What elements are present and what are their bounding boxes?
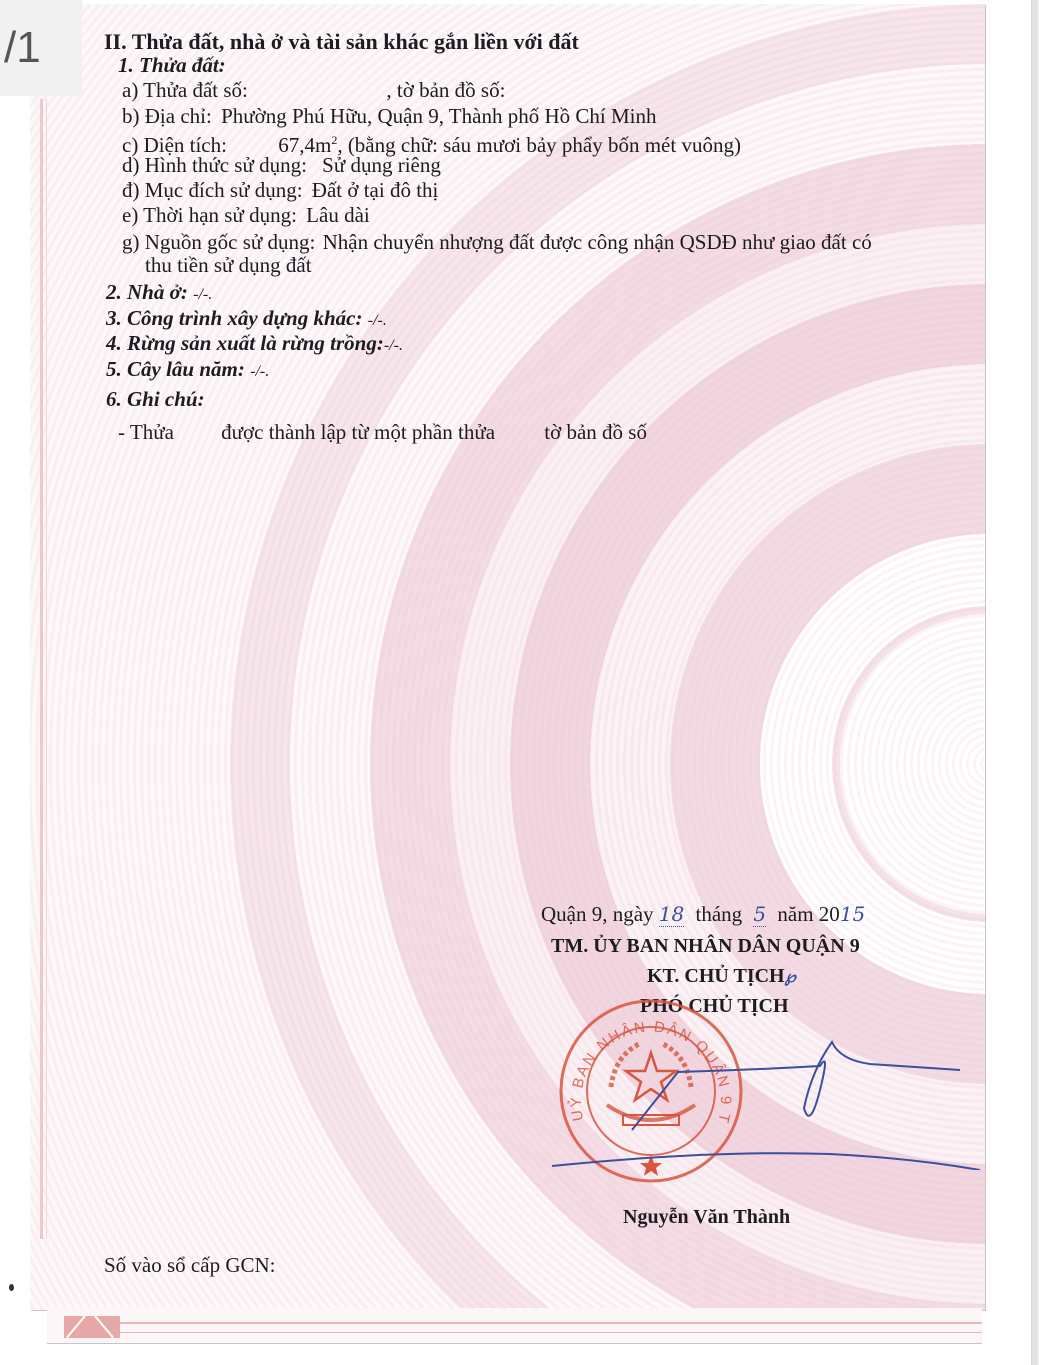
page-indicator: /1: [0, 0, 82, 96]
signer-name: Nguyễn Văn Thành: [623, 1205, 790, 1229]
signature-icon: [550, 1030, 980, 1170]
registry-row: Số vào sổ cấp GCN:: [104, 1253, 276, 1277]
usage-purpose-label: đ) Mục đích sử dụng:: [122, 178, 303, 202]
underlying-sheet: [47, 1308, 982, 1344]
notes-part3: tờ bản đồ số: [544, 420, 647, 444]
perennial-trees-value: -/-.: [250, 363, 269, 380]
address-value: Phường Phú Hữu, Quận 9, Thành phố Hồ Chí…: [221, 104, 656, 128]
handwritten-month: 5: [753, 902, 766, 927]
year-label: năm 20: [777, 902, 839, 926]
land-heading: 1. Thửa đất:: [118, 53, 226, 77]
parcel-number-label: a) Thửa đất số:: [122, 78, 248, 102]
issuing-authority: TM. ỦY BAN NHÂN DÂN QUẬN 9: [551, 934, 860, 958]
role-line-1: KT. CHỦ TỊCH℘: [647, 964, 796, 989]
parcel-number-row: a) Thửa đất số: , tờ bản đồ số:: [122, 78, 505, 102]
handwritten-year: 15: [840, 902, 865, 926]
place-date-prefix: Quận 9, ngày: [541, 902, 654, 926]
map-sheet-label: , tờ bản đồ số:: [386, 78, 505, 102]
notes-heading: 6. Ghi chú:: [106, 387, 205, 411]
usage-origin-row: g) Nguồn gốc sử dụng: Nhận chuyển nhượng…: [122, 230, 872, 254]
usage-purpose-row: đ) Mục đích sử dụng: Đất ở tại đô thị: [122, 178, 438, 202]
margin-rule: [46, 99, 47, 1239]
other-construction-value: -/-.: [368, 312, 387, 329]
usage-origin-value: Nhận chuyển nhượng đất được công nhận QS…: [323, 230, 872, 254]
section-title: II. Thửa đất, nhà ở và tài sản khác gắn …: [104, 30, 579, 54]
handwritten-day: 18: [659, 902, 684, 927]
planted-forest-row: 4. Rừng sản xuất là rừng trồng:-/-.: [106, 331, 403, 358]
usage-origin-continued: thu tiền sử dụng đất: [145, 253, 312, 277]
house-value: -/-.: [193, 286, 212, 303]
scrollbar-thumb[interactable]: [1032, 0, 1038, 1365]
registry-label: Số vào sổ cấp GCN:: [104, 1253, 276, 1277]
usage-origin-label: g) Nguồn gốc sử dụng:: [122, 230, 315, 254]
usage-purpose-value: Đất ở tại đô thị: [312, 178, 439, 202]
perennial-trees-row: 5. Cây lâu năm: -/-.: [106, 357, 269, 384]
address-label: b) Địa chỉ:: [122, 104, 212, 128]
planted-forest-label: 4. Rừng sản xuất là rừng trồng:: [106, 331, 384, 355]
address-row: b) Địa chỉ: Phường Phú Hữu, Quận 9, Thàn…: [122, 104, 656, 128]
perennial-trees-label: 5. Cây lâu năm:: [106, 357, 245, 381]
planted-forest-value: -/-.: [384, 337, 403, 354]
border-line: [120, 1332, 982, 1333]
usage-term-row: e) Thời hạn sử dụng: Lâu dài: [122, 203, 370, 227]
usage-form-row: d) Hình thức sử dụng: Sử dụng riêng: [122, 153, 441, 177]
usage-term-label: e) Thời hạn sử dụng:: [122, 203, 297, 227]
notes-part2: được thành lập từ một phần thửa: [221, 420, 495, 444]
margin-dot: [9, 1284, 14, 1291]
border-line: [120, 1322, 982, 1324]
usage-form-label: d) Hình thức sử dụng:: [122, 153, 307, 177]
house-row: 2. Nhà ở: -/-.: [106, 280, 212, 307]
scrollbar[interactable]: [1031, 0, 1039, 1365]
place-date-line: Quận 9, ngày 18 tháng 5 năm 2015: [541, 902, 865, 926]
usage-form-value: Sử dụng riêng: [322, 153, 441, 177]
house-label: 2. Nhà ở:: [106, 280, 188, 304]
role-line-1-text: KT. CHỦ TỊCH: [647, 965, 785, 987]
margin-rule: [40, 99, 43, 1239]
notes-part1: - Thửa: [118, 420, 174, 444]
notes-line: - Thửa được thành lập từ một phần thửa t…: [118, 420, 647, 444]
month-label: tháng: [696, 902, 743, 926]
initial-mark: ℘: [785, 967, 796, 986]
other-construction-label: 3. Công trình xây dựng khác:: [106, 306, 362, 330]
other-construction-row: 3. Công trình xây dựng khác: -/-.: [106, 306, 387, 333]
usage-term-value: Lâu dài: [306, 203, 370, 227]
decorative-border-pattern: [64, 1316, 120, 1338]
